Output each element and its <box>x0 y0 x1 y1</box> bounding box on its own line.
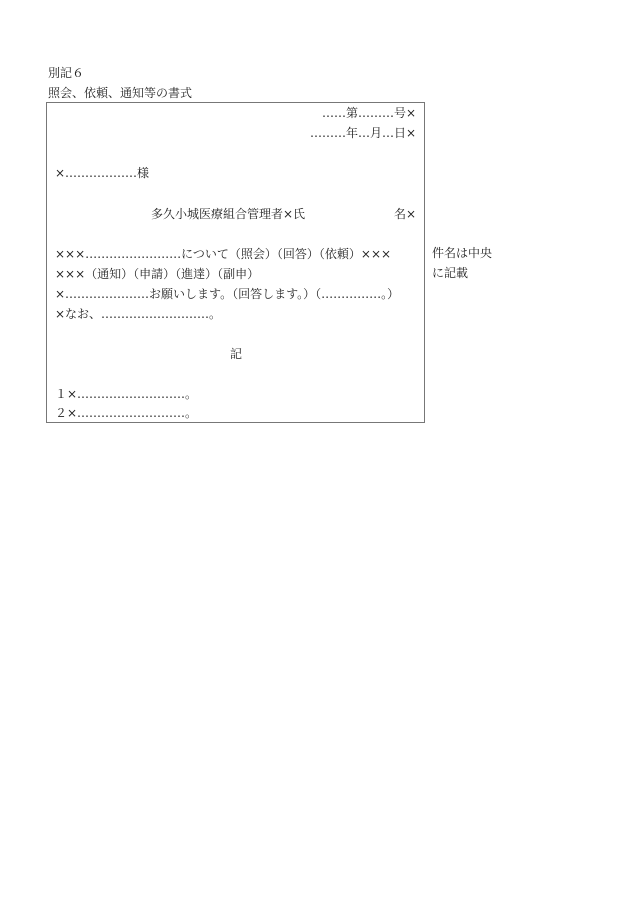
side-note-line-2: に記載 <box>432 264 468 283</box>
addressee: ×………………様 <box>55 164 149 183</box>
subject-line-1: ×××……………………について（照会）（回答）（依頼）××× <box>55 245 391 264</box>
list-item: １×………………………。 <box>55 385 197 404</box>
list-item: ２×………………………。 <box>55 404 197 423</box>
form-template-box: ……第………号× ………年…月…日× ×………………様 多久小城医療組合管理者×… <box>46 102 425 423</box>
body-line-2: ×なお、………………………。 <box>55 305 221 324</box>
document-number: ……第………号× <box>322 104 416 123</box>
sender-name: 多久小城医療組合管理者×氏 <box>151 205 305 224</box>
record-heading: 記 <box>230 345 242 364</box>
side-note-line-1: 件名は中央 <box>432 244 492 263</box>
document-title: 照会、依頼、通知等の書式 <box>48 84 192 103</box>
sender-name-suffix: 名× <box>394 205 416 224</box>
document-date: ………年…月…日× <box>310 124 416 143</box>
body-line-1: ×…………………お願いします。（回答します。）（……………。） <box>55 285 399 304</box>
subject-line-2: ×××（通知）（申請）（進達）（副申） <box>55 265 259 284</box>
annex-label: 別記６ <box>48 64 84 83</box>
